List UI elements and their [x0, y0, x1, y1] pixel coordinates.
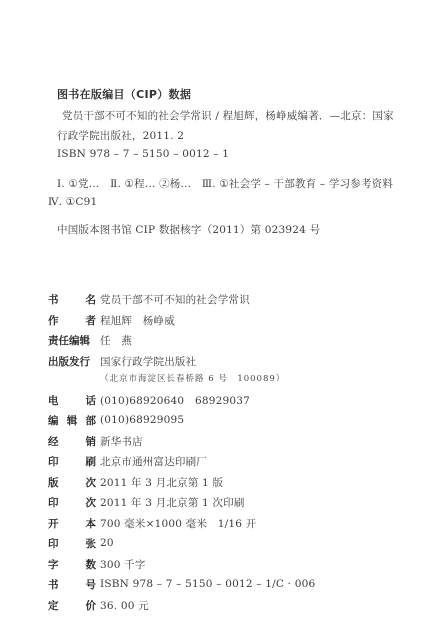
info-value: 2011 年 3 月北京第 1 次印刷	[100, 495, 245, 510]
info-row: 书号ISBN 978 – 7 – 5150 – 0012 – 1/C · 006	[48, 576, 315, 592]
info-value: 党员干部不可不知的社会学常识	[100, 292, 250, 307]
info-label-char: 印	[48, 495, 59, 510]
info-label-char: 辑	[67, 413, 78, 428]
info-value: 程旭辉 杨峥威	[100, 313, 175, 328]
info-label-char: 本	[86, 516, 97, 531]
info-label: 开本	[48, 516, 100, 531]
info-label-char: 编	[48, 413, 59, 428]
info-row: 电话(010)68920640 68929037	[48, 392, 250, 408]
info-label-char: 印	[48, 454, 59, 469]
info-row: 定价36. 00 元	[48, 597, 149, 613]
cip-title: 图书在版编目（CIP）数据	[57, 86, 191, 102]
info-label: 责任编辑	[48, 333, 100, 348]
info-label-char: 字	[48, 557, 59, 572]
info-row: 编辑部(010)68929095	[48, 412, 184, 428]
info-row: 字数300 千字	[48, 556, 146, 572]
info-label-char: 张	[86, 536, 97, 551]
info-value: 20	[100, 537, 114, 549]
info-label: 电话	[48, 393, 100, 408]
info-label-char: 开	[48, 516, 59, 531]
info-value: 北京市通州富达印刷厂	[100, 454, 207, 469]
info-label: 经销	[48, 434, 100, 449]
info-label: 印刷	[48, 454, 100, 469]
info-label: 字数	[48, 557, 100, 572]
info-label-char: 刷	[86, 454, 97, 469]
info-label: 印张	[48, 536, 100, 551]
info-value: ISBN 978 – 7 – 5150 – 0012 – 1/C · 006	[100, 578, 315, 590]
info-label-char: 责任编辑	[48, 333, 90, 348]
info-label: 定价	[48, 598, 100, 613]
cip-line-publisher: 行政学院出版社，2011. 2	[57, 128, 184, 143]
info-label-char: 出版发行	[48, 354, 90, 369]
info-label-char: 书	[48, 292, 59, 307]
cip-line-isbn: ISBN 978 – 7 – 5150 – 0012 – 1	[57, 148, 229, 160]
info-label-char: 电	[48, 393, 59, 408]
info-label-char: 作	[48, 313, 59, 328]
info-label: 版次	[48, 475, 100, 490]
info-value: 300 千字	[100, 557, 146, 572]
info-label-char: 者	[86, 313, 97, 328]
info-row: 印张20	[48, 535, 114, 551]
info-label-char: 版	[48, 475, 59, 490]
info-value: 36. 00 元	[100, 598, 149, 613]
info-value: 2011 年 3 月北京第 1 版	[100, 475, 223, 490]
info-value: (010)68920640 68929037	[100, 393, 250, 408]
info-label: 编辑部	[48, 413, 100, 428]
publisher-address: （北京市海淀区长春桥路 6 号 100089）	[100, 372, 285, 384]
cip-line-classification: Ⅳ. ①C91	[48, 196, 97, 208]
info-label: 印次	[48, 495, 100, 510]
info-label-char: 定	[48, 598, 59, 613]
info-value: 国家行政学院出版社	[100, 354, 196, 369]
info-row: 版次2011 年 3 月北京第 1 版	[48, 474, 223, 490]
info-label-char: 话	[86, 393, 97, 408]
info-value: (010)68929095	[100, 414, 184, 426]
cip-line-library-record: 中国版本图书馆 CIP 数据核字（2011）第 023924 号	[57, 222, 320, 237]
info-label-char: 数	[86, 557, 97, 572]
info-label: 作者	[48, 313, 100, 328]
cip-line-title: 党员干部不可不知的社会学常识 / 程旭辉，杨峥威编著．—北京：国家	[62, 108, 394, 123]
info-label-char: 号	[86, 577, 97, 592]
info-value: 任 燕	[100, 333, 132, 348]
info-label-char: 次	[86, 495, 97, 510]
info-label-char: 次	[86, 475, 97, 490]
info-label: 出版发行	[48, 354, 100, 369]
info-row: 印次2011 年 3 月北京第 1 次印刷	[48, 494, 245, 510]
info-label-char: 印	[48, 536, 59, 551]
info-label: 书名	[48, 292, 100, 307]
info-value: 700 毫米×1000 毫米 1/16 开	[100, 516, 256, 531]
info-row: 开本700 毫米×1000 毫米 1/16 开	[48, 515, 256, 531]
info-row: 责任编辑任 燕	[48, 332, 132, 348]
info-label-char: 销	[86, 434, 97, 449]
info-label-char: 名	[86, 292, 97, 307]
cip-line-subjects: Ⅰ. ①党… Ⅱ. ①程… ②杨… Ⅲ. ①社会学 – 干部教育 – 学习参考资…	[57, 176, 393, 191]
info-row: 经销新华书店	[48, 433, 143, 449]
info-value: 新华书店	[100, 434, 143, 449]
info-label-char: 经	[48, 434, 59, 449]
info-label-char: 部	[86, 413, 97, 428]
info-label-char: 价	[86, 598, 97, 613]
info-row: 书名党员干部不可不知的社会学常识	[48, 291, 250, 307]
info-label-char: 书	[48, 577, 59, 592]
info-row: 印刷北京市通州富达印刷厂	[48, 453, 207, 469]
info-label: 书号	[48, 577, 100, 592]
info-row: 作者程旭辉 杨峥威	[48, 312, 175, 328]
info-row: 出版发行国家行政学院出版社	[48, 353, 196, 369]
